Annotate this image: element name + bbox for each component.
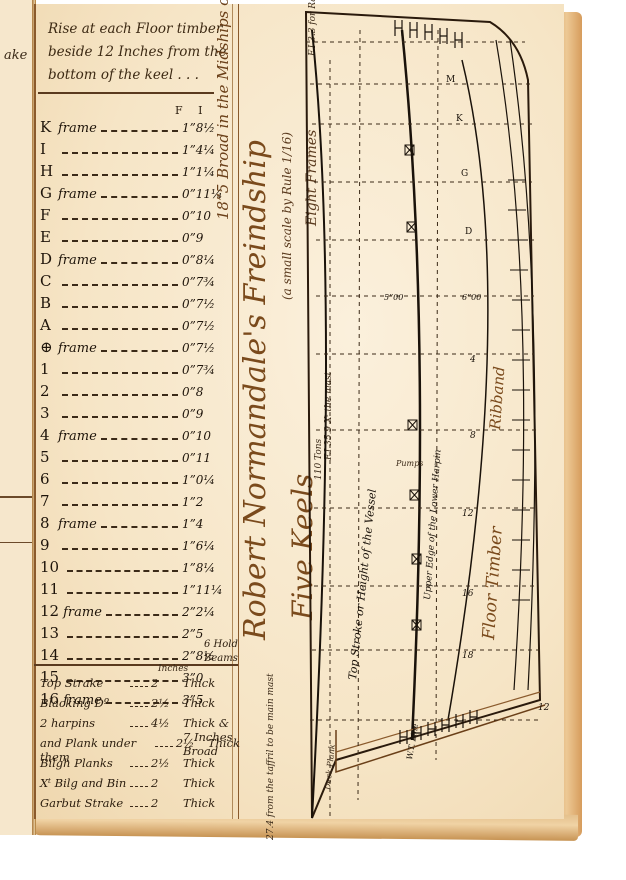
strake-name: Garbut Strake [40, 796, 128, 810]
strakes-table: Inches Top Strake2ThickBlacking Dº2½Thic… [40, 676, 240, 816]
frame-marker: frame [58, 253, 97, 268]
station-label: G [40, 184, 54, 202]
rise-table-row: 20”8 [40, 382, 232, 404]
strake-name: Xᵗ Bilg and Bin [40, 776, 128, 790]
station-label: 3 [40, 404, 54, 422]
rise-table-row: 61”0¼ [40, 470, 232, 492]
station-label: K [40, 118, 54, 136]
leader-dots [130, 786, 148, 787]
open-notebook: ake Rise at each Floor timber beside 12 … [0, 0, 626, 880]
rise-table-row: 111”11¼ [40, 580, 232, 602]
leader-dots [62, 371, 178, 374]
leader-dots [101, 261, 178, 264]
leader-dots [155, 746, 173, 747]
leader-dots [62, 503, 178, 506]
leader-dots [101, 195, 178, 198]
leader-dots [101, 349, 178, 352]
rise-table-row: Kframe1”8½ [40, 118, 232, 140]
leader-dots [62, 217, 178, 220]
leader-dots [62, 415, 178, 418]
strake-note: Thick [208, 736, 240, 750]
rise-table-row: 71”2 [40, 492, 232, 514]
strake-note: Thick [183, 696, 215, 710]
rise-table-row: Dframe0”8¼ [40, 250, 232, 272]
strake-row: Xᵗ Bilg and Bin2Thick [40, 776, 240, 796]
strake-size: 2 [151, 776, 177, 790]
hold-beams-note: 6 Hold Beams [204, 638, 244, 666]
station-label: 9 [40, 536, 54, 554]
strake-size: 4½ [151, 716, 177, 730]
leader-dots [130, 686, 148, 687]
rise-table-row: 50”11 [40, 448, 232, 470]
svg-text:W.T. Line: W.T. Line [405, 723, 420, 761]
heading-rule [38, 92, 214, 94]
station-label: 14 [40, 646, 59, 664]
leader-dots [62, 151, 178, 154]
strakes-header: Inches [158, 664, 188, 674]
leader-dots [62, 327, 178, 330]
rise-table-row: C0”7¾ [40, 272, 232, 294]
station-label: H [40, 162, 54, 180]
rise-table: Kframe1”8½I1”4¼H1”1¼Gframe0”11¼F0”10E0”9… [40, 118, 232, 712]
frame-marker: frame [58, 341, 97, 356]
station-label: 1 [40, 360, 54, 378]
rise-table-row: 91”6¼ [40, 536, 232, 558]
strake-row: 2 harpins4½Thick & 7 Inches Broad [40, 716, 240, 736]
leader-dots [101, 129, 178, 132]
breadth-note: 18”5 Broad in the Midships or breadth of… [214, 0, 232, 220]
rise-table-row: ⊕frame0”7½ [40, 338, 232, 360]
leader-dots [67, 635, 178, 638]
station-label: E [40, 228, 54, 246]
station-label: G [461, 169, 468, 179]
station-label: D [40, 250, 54, 268]
strake-name: Blacking Dº [40, 696, 128, 710]
svg-text:12: 12 [462, 509, 474, 519]
strake-size: 2½ [176, 736, 202, 750]
strake-row: Blacking Dº2½Thick [40, 696, 240, 716]
strake-note: Thick [183, 796, 215, 810]
rise-table-row: 12frame2”2¼ [40, 602, 232, 624]
frame-marker: frame [63, 605, 102, 620]
frame-marker: frame [58, 121, 97, 136]
station-label: F [40, 206, 54, 224]
station-label: K [456, 114, 463, 124]
station-label: 7 [40, 492, 54, 510]
rise-table-row: 10”7¾ [40, 360, 232, 382]
strake-note: Thick [183, 676, 215, 690]
margin-rule [34, 4, 36, 819]
leader-dots [106, 613, 178, 616]
leader-dots [130, 706, 148, 707]
leader-dots [62, 393, 178, 396]
station-label: M [446, 75, 455, 85]
svg-text:Floor Timber: Floor Timber [479, 525, 507, 641]
leader-dots [130, 766, 148, 767]
strake-size: 2½ [151, 756, 177, 770]
rise-table-row: Gframe0”11¼ [40, 184, 232, 206]
leader-dots [130, 726, 148, 727]
leader-dots [67, 657, 178, 660]
rise-table-heading: Rise at each Floor timber beside 12 Inch… [48, 18, 228, 87]
svg-text:5”00: 5”00 [384, 293, 403, 302]
svg-text:Pumps: Pumps [395, 459, 423, 468]
leader-dots [67, 569, 178, 572]
strake-size: 2 [151, 796, 177, 810]
svg-text:8: 8 [470, 431, 476, 441]
rise-table-row: I1”4¼ [40, 140, 232, 162]
rise-table-row: H1”1¼ [40, 162, 232, 184]
station-label: 6 [40, 470, 54, 488]
leader-dots [101, 525, 178, 528]
frame-marker: frame [58, 517, 97, 532]
leader-dots [62, 547, 178, 550]
svg-text:4: 4 [469, 355, 476, 365]
station-label: C [40, 272, 54, 290]
leader-dots [62, 283, 178, 286]
rise-table-row: F0”10 [40, 206, 232, 228]
station-label: I [40, 140, 54, 158]
station-label: 12 [40, 602, 59, 620]
ship-half-breadth-plan: M K G D 4 8 12 16 18 12 5”00 6”00 Top St… [260, 0, 560, 830]
rise-table-row: E0”9 [40, 228, 232, 250]
station-label: 11 [40, 580, 59, 598]
strake-size: 2 [151, 676, 177, 690]
left-page-fragment: ake [0, 0, 36, 835]
strake-size: 2½ [151, 696, 177, 710]
svg-text:12: 12 [538, 703, 550, 713]
rise-table-row: 4frame0”10 [40, 426, 232, 448]
strake-row: Top Strake2Thick [40, 676, 240, 696]
svg-text:Deck Plank: Deck Plank [323, 744, 337, 792]
station-label: 13 [40, 624, 59, 642]
strake-name: Bilgh Planks [40, 756, 128, 770]
station-label: 10 [40, 558, 59, 576]
leader-dots [62, 173, 178, 176]
svg-text:Ribband: Ribband [486, 366, 508, 432]
strake-note: Thick [183, 756, 215, 770]
leader-dots [62, 481, 178, 484]
svg-text:6”00: 6”00 [462, 293, 481, 302]
station-label: ⊕ [40, 338, 54, 356]
station-label: D [465, 227, 472, 237]
strake-note: Thick [183, 776, 215, 790]
leader-dots [62, 459, 178, 462]
leader-dots [130, 806, 148, 807]
station-label: 5 [40, 448, 54, 466]
station-label: 8 [40, 514, 54, 532]
units-header: F I [175, 104, 208, 117]
svg-text:Upper Edge of the Lower Harpin: Upper Edge of the Lower Harpin [423, 449, 443, 600]
station-label: 2 [40, 382, 54, 400]
frame-marker: frame [58, 187, 97, 202]
station-label: A [40, 316, 54, 334]
leader-dots [62, 239, 178, 242]
strake-name: 2 harpins [40, 716, 128, 730]
left-page-rule [0, 496, 34, 498]
left-page-rule [0, 542, 34, 543]
strake-name: Top Strake [40, 676, 128, 690]
svg-text:18: 18 [462, 651, 474, 661]
leader-dots [67, 591, 178, 594]
strake-row: Garbut Strake2Thick [40, 796, 240, 816]
station-label: B [40, 294, 54, 312]
station-label: 4 [40, 426, 54, 444]
svg-text:Top Stroke or Height of the Ve: Top Stroke or Height of the Vessel [346, 488, 379, 680]
rise-table-row: 30”9 [40, 404, 232, 426]
svg-text:16: 16 [462, 589, 474, 599]
leader-dots [101, 437, 178, 440]
rise-table-row: 101”8¼ [40, 558, 232, 580]
rise-table-row: B0”7½ [40, 294, 232, 316]
frame-marker: frame [58, 429, 97, 444]
leader-dots [62, 305, 178, 308]
left-page-text: ake [4, 48, 27, 63]
rise-table-row: 8frame1”4 [40, 514, 232, 536]
rise-table-row: A0”7½ [40, 316, 232, 338]
